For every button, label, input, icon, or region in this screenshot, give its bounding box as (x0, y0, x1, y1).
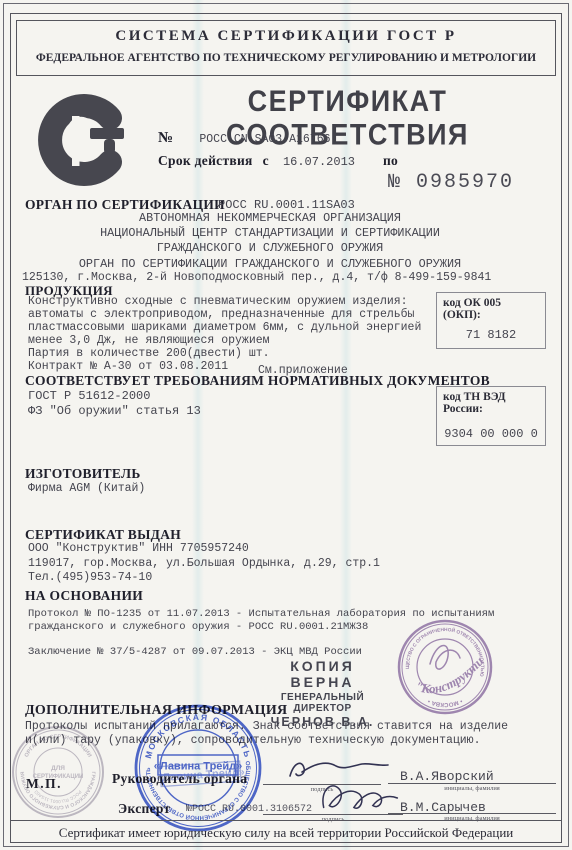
rst-gost-r-logo-icon (32, 90, 132, 190)
product-lines: Конструктивно сходные с пневматическим о… (28, 296, 421, 373)
tnved-code-box: код ТН ВЭД России: 9304 00 000 0 (436, 386, 546, 446)
product-line: пластмассовыми шариками диаметром 6мм, с… (28, 322, 421, 335)
org-line: НАЦИОНАЛЬНЫЙ ЦЕНТР СТАНДАРТИЗАЦИИ И СЕРТ… (10, 226, 530, 241)
head-name: В.А.Яворский (400, 769, 494, 784)
validity-label: Срок действия (158, 153, 253, 168)
product-line: Партия в количестве 200(двести) шт. (28, 348, 421, 361)
additional-line: Протоколы испытаний прилагаются. Знак со… (25, 720, 508, 734)
product-line: Контракт № А-30 от 03.08.2011 (28, 361, 421, 374)
basis-line: Протокол № ПО-1235 от 11.07.2013 - Испыт… (28, 608, 494, 621)
additional-line: и(или) тару (упаковку), сопроводительную… (25, 734, 508, 748)
conformity-line-1: ГОСТ Р 51612-2000 (28, 389, 150, 403)
validity-row: Срок действия с 16.07.2013 по (158, 152, 398, 170)
system-name: СИСТЕМА СЕРТИФИКАЦИИ ГОСТ Р (17, 28, 555, 45)
name-caption: инициалы, фамилия (388, 784, 556, 792)
seal-place-mark: М.П. (26, 776, 62, 792)
copy-stamp-line: КОПИЯ ВЕРНА (255, 658, 390, 690)
validity-with: с (263, 153, 269, 168)
org-code: РОСС RU.0001.11SA03 (218, 198, 355, 212)
blank-number: № 0985970 (388, 171, 514, 194)
issued-label: СЕРТИФИКАТ ВЫДАН (25, 527, 181, 543)
conformity-label: СООТВЕТСТВУЕТ ТРЕБОВАНИЯМ НОРМАТИВНЫХ ДО… (25, 373, 490, 389)
system-header-box: СИСТЕМА СЕРТИФИКАЦИИ ГОСТ Р ФЕДЕРАЛЬНОЕ … (16, 20, 556, 76)
legal-statement: Сертификат имеет юридическую силу на все… (0, 825, 572, 841)
manufacturer-line: Фирма AGM (Китай) (28, 482, 145, 495)
tnved-code-value: 9304 00 000 0 (437, 415, 545, 451)
issued-line: Тел.(495)953-74-10 (28, 571, 380, 586)
validity-to: по (383, 153, 398, 168)
basis-line: гражданского и служебного оружия - РОСС … (28, 621, 494, 634)
basis-conclusion: Заключение № 37/5-4287 от 09.07.2013 - Э… (28, 646, 362, 658)
sign-caption: подпись (263, 815, 403, 823)
tnved-code-label: код ТН ВЭД России: (437, 387, 545, 415)
issued-line: 119017, гор.Москва, ул.Большая Ордынка, … (28, 557, 380, 572)
product-line: менее 3,0 Дж, не являющиеся оружием (28, 335, 421, 348)
product-line: автоматы с электроприводом, предназначен… (28, 309, 421, 322)
expert-signature-line: подпись (263, 814, 403, 823)
org-lines: АВТОНОМНАЯ НЕКОММЕРЧЕСКАЯ ОРГАНИЗАЦИЯ НА… (10, 211, 530, 272)
okp-code-value: 71 8182 (437, 321, 545, 352)
org-line: АВТОНОМНАЯ НЕКОММЕРЧЕСКАЯ ОРГАНИЗАЦИЯ (10, 211, 530, 226)
head-name-line: инициалы, фамилия (388, 783, 556, 792)
issued-lines: ООО "Конструктив" ИНН 7705957240 119017,… (28, 542, 380, 586)
basis-protocol: Протокол № ПО-1235 от 11.07.2013 - Испыт… (28, 608, 494, 634)
basis-label: НА ОСНОВАНИИ (25, 588, 143, 604)
expert-signature (318, 778, 403, 818)
conformity-line-2: ФЗ "Об оружии" статья 13 (28, 404, 201, 418)
product-line: Конструктивно сходные с пневматическим о… (28, 296, 421, 309)
additional-label: ДОПОЛНИТЕЛЬНАЯ ИНФОРМАЦИЯ (25, 703, 287, 719)
head-role-label: Руководитель органа (112, 771, 247, 787)
additional-lines: Протоколы испытаний прилагаются. Знак со… (25, 720, 508, 748)
okp-code-label: код ОК 005 (ОКП): (437, 293, 545, 321)
footer-divider (10, 820, 562, 821)
org-line: ОРГАН ПО СЕРТИФИКАЦИИ ГРАЖДАНСКОГО И СЛУ… (10, 257, 530, 272)
cert-number-value: РОСС CN.SA03.A16766 (199, 133, 330, 146)
certificate-page: СИСТЕМА СЕРТИФИКАЦИИ ГОСТ Р ФЕДЕРАЛЬНОЕ … (0, 0, 572, 850)
cert-number-row: № РОСС CN.SA03.A16766 (158, 129, 331, 147)
cert-number-label: № (158, 130, 173, 146)
expert-role-label: Эксперт (118, 801, 170, 817)
org-line: ГРАЖДАНСКОГО И СЛУЖЕБНОГО ОРУЖИЯ (10, 241, 530, 256)
manufacturer-label: ИЗГОТОВИТЕЛЬ (25, 466, 141, 482)
agency-name: ФЕДЕРАЛЬНОЕ АГЕНТСТВО ПО ТЕХНИЧЕСКОМУ РЕ… (17, 52, 555, 64)
issued-line: ООО "Конструктив" ИНН 7705957240 (28, 542, 380, 557)
validity-from-date: 16.07.2013 (283, 155, 355, 169)
okp-code-box: код ОК 005 (ОКП): 71 8182 (436, 292, 546, 349)
